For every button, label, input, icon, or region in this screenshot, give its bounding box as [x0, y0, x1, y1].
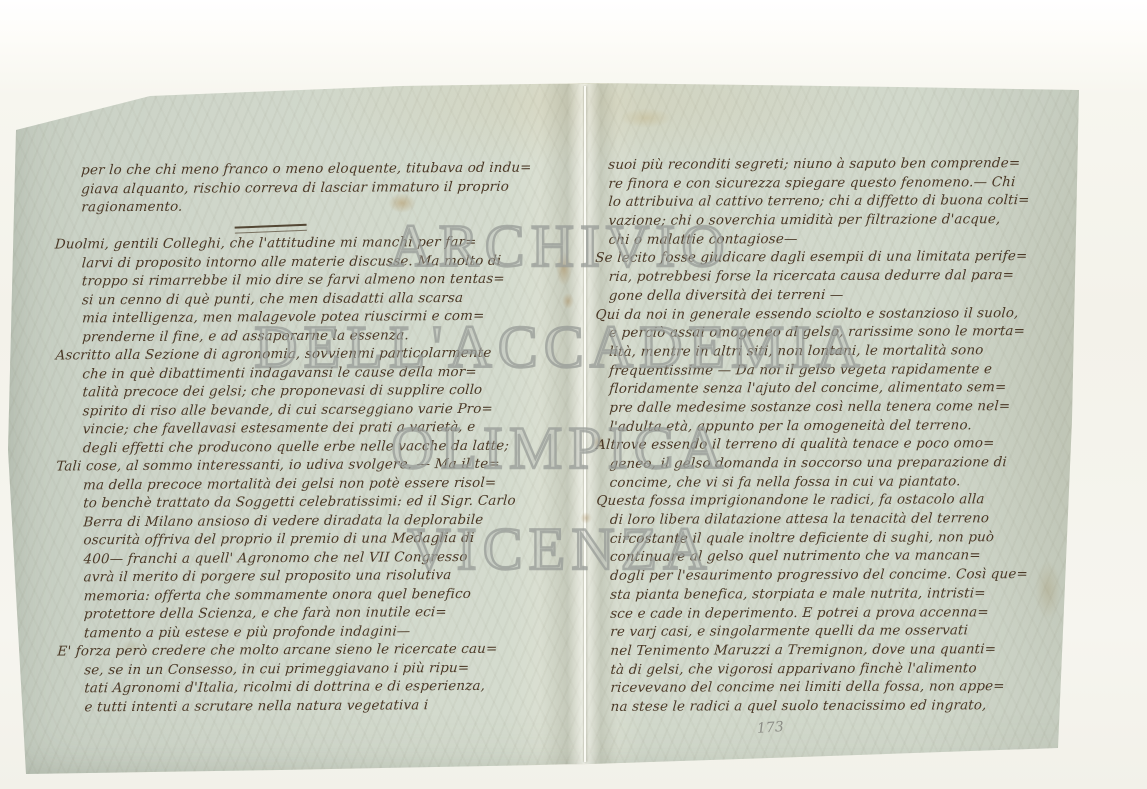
manuscript-line: Duolmi, gentili Colleghi, che l'attitudi…	[54, 234, 543, 255]
manuscript-line: Tali cose, al sommo interessanti, io udi…	[56, 456, 545, 477]
manuscript-line: frequentissime — Da noi il gelso vegeta …	[595, 361, 1036, 382]
manuscript-line: re varj casi, e singolarmente quelli da …	[596, 622, 1037, 643]
manuscript-line: na stese le radici a quel suolo tenaciss…	[597, 697, 1038, 718]
manuscript-line: lità, mentre in altri siti, non lontani,…	[595, 342, 1036, 363]
manuscript-line: lo attribuiva al cattivo terreno; chi a …	[594, 192, 1035, 213]
manuscript-line: per lo che chi meno franco o meno eloque…	[54, 160, 543, 181]
manuscript-line: pre dalle medesime sostanze così nella t…	[595, 398, 1036, 419]
manuscript-line: sta pianta benefica, storpiata e male nu…	[596, 585, 1037, 606]
manuscript-line: protettore della Scienza, e che farà non…	[56, 604, 545, 625]
scan-background: per lo che chi meno franco o meno eloque…	[0, 0, 1147, 789]
manuscript-line: tà di gelsi, che vigorosi apparivano fin…	[596, 660, 1037, 681]
manuscript-line: ricevevano del concime nei limiti della …	[596, 678, 1037, 699]
right-page-text: suoi più reconditi segreti; niuno à sapu…	[595, 155, 1037, 718]
manuscript-line: di loro libera dilatazione attesa la ten…	[596, 510, 1037, 531]
manuscript-line: dogli per l'esaurimento progressivo del …	[596, 566, 1037, 587]
manuscript-line: Ascritto alla Sezione di agronomia, sovv…	[55, 345, 544, 366]
stain	[562, 293, 574, 309]
manuscript-line: oscurità offriva del proprio il premio d…	[56, 530, 545, 551]
manuscript-line: talità precoce dei gelsi; che proponevas…	[55, 382, 544, 403]
manuscript-line: Questa fossa imprigionandone le radici, …	[596, 491, 1037, 512]
manuscript-line: nel Tenimento Maruzzi a Tremignon, dove …	[596, 641, 1037, 662]
manuscript-line: e tutti intenti a scrutare nella natura …	[57, 696, 546, 717]
manuscript-line: gone della diversità dei terreni —	[595, 286, 1036, 307]
stain	[556, 252, 572, 286]
manuscript-line: Qui da noi in generale essendo sciolto e…	[595, 305, 1036, 326]
manuscript-line: suoi più reconditi segreti; niuno à sapu…	[594, 155, 1035, 176]
manuscript-line: to benchè trattato da Soggetti celebrati…	[56, 493, 545, 514]
manuscript-line: circostante il quale inoltre deficiente …	[596, 529, 1037, 550]
manuscript-line: concime, che vi si fa nella fossa in cui…	[596, 473, 1037, 494]
manuscript-line: continuare al gelso quel nutrimento che …	[596, 547, 1037, 568]
manuscript-paper: per lo che chi meno franco o meno eloque…	[0, 0, 1147, 789]
manuscript-line: Se lecito fosse giudicare dagli esempii …	[595, 248, 1036, 269]
manuscript-line: floridamente senza l'ajuto del concime, …	[595, 379, 1036, 400]
manuscript-line: E' forza però credere che molto arcane s…	[57, 641, 546, 662]
stain	[580, 512, 592, 524]
left-page-text: per lo che chi meno franco o meno eloque…	[54, 160, 545, 718]
manuscript-line: mia intelligenza, men malagevole potea r…	[55, 308, 544, 329]
manuscript-line: l'adulta età, appunto per la omogeneità …	[595, 417, 1036, 438]
manuscript-line: Altrove essendo il terreno di qualità te…	[595, 435, 1036, 456]
stain	[1035, 560, 1061, 620]
page-number-pencil: 173	[756, 719, 784, 737]
center-fold-crease	[584, 86, 586, 762]
stain	[620, 108, 672, 128]
manuscript-line: avrà il merito di porgere sul proposito …	[56, 567, 545, 588]
manuscript-line: troppo si rimarrebbe il mio dire se farv…	[54, 271, 543, 292]
manuscript-line: tati Agronomi d'Italia, ricolmi di dottr…	[57, 678, 546, 699]
manuscript-line: vincie; che favellavasi estesamente dei …	[55, 419, 544, 440]
manuscript-line: sce e cade in deperimento. E potrei a pr…	[596, 604, 1037, 625]
manuscript-line: chi o malattie contagiose—	[595, 230, 1036, 251]
manuscript-line: geneo, il gelso domanda in soccorso una …	[596, 454, 1037, 475]
manuscript-line: vazione; chi o soverchia umidità per fil…	[594, 211, 1035, 232]
manuscript-line: e perciò assai omogeneo al gelso, rariss…	[595, 323, 1036, 344]
manuscript-line: ria, potrebbesi forse la ricercata causa…	[595, 267, 1036, 288]
manuscript-line: re finora e con sicurezza spiegare quest…	[594, 174, 1035, 195]
